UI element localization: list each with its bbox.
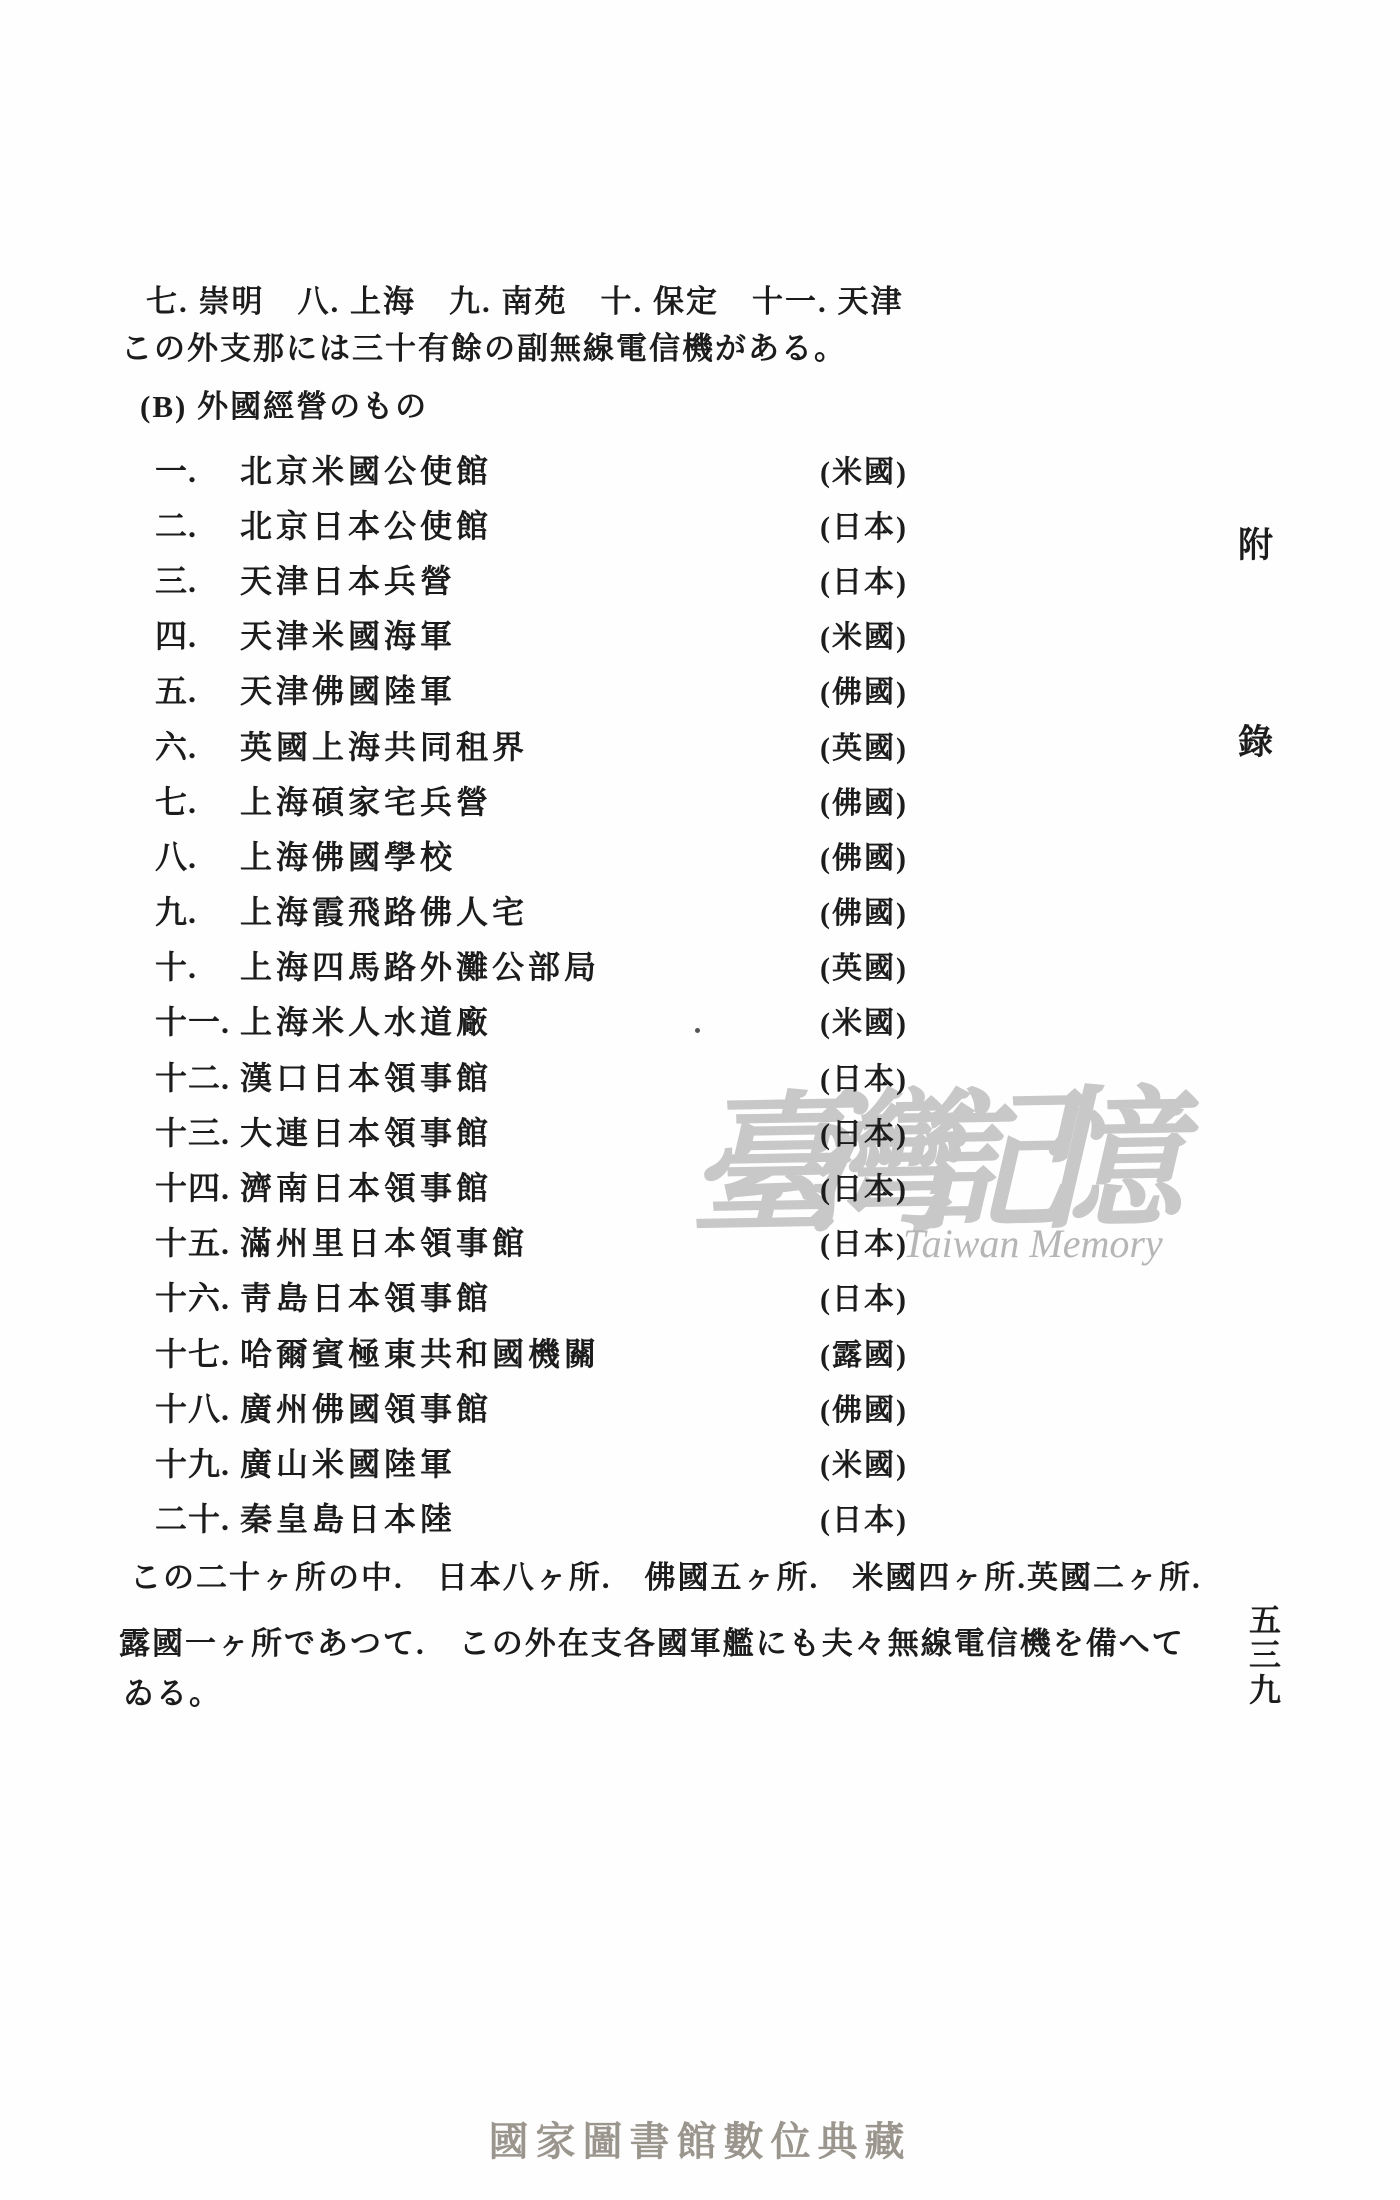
list-item: 十六.靑島日本領事館(日本) [155,1269,1235,1324]
item-number: 十一. [155,997,240,1043]
item-country: (露國) [820,1330,908,1374]
item-number: 二十. [155,1494,240,1540]
item-country: (日本) [820,1219,908,1263]
archive-footer: 國家圖書館數位典藏 [0,2110,1400,2167]
item-name: 廣山米國陸軍 [240,1439,456,1485]
item-number: 一. [155,446,240,492]
list-item: 七.上海碩家宅兵營(佛國) [155,772,1235,827]
item-country: (日本) [820,1109,908,1153]
list-item: 十八.廣州佛國領事館(佛國) [155,1379,1235,1434]
item-name: 廣州佛國領事館 [240,1384,492,1430]
item-number: 十四. [155,1163,240,1209]
ink-speck [695,1028,700,1033]
item-name: 上海佛國學校 [240,832,456,878]
item-country: (米國) [820,1440,908,1484]
item-name: 秦皇島日本陸 [240,1494,456,1540]
item-country: (佛國) [820,833,908,877]
list-item: 十五.滿州里日本領事館(日本) [155,1214,1235,1269]
item-number: 七. [155,777,240,823]
item-number: 十五. [155,1218,240,1264]
item-name: 漢口日本領事館 [240,1053,492,1099]
closing-paragraph-line1: この二十ヶ所の中. 日本八ヶ所. 佛國五ヶ所. 米國四ヶ所.英國二ヶ所. [130,1552,1202,1597]
list-item: 十九.廣山米國陸軍(米國) [155,1434,1235,1489]
list-item: 一.北京米國公使館(米國) [155,441,1235,496]
closing-paragraph-line3: ゐる。 [123,1668,222,1713]
item-country: (佛國) [820,888,908,932]
item-country: (日本) [820,1274,908,1318]
item-number: 五. [155,666,240,712]
page-number-539: 五三九 [1240,1603,1286,1708]
item-number: 十七. [155,1329,240,1375]
item-name: 天津米國海軍 [240,611,456,657]
list-item: 十四.濟南日本領事館(日本) [155,1158,1235,1213]
list-item: 四.天津米國海軍(米國) [155,607,1235,662]
item-number: 二. [155,501,240,547]
list-item: 九.上海霞飛路佛人宅(佛國) [155,883,1235,938]
item-name: 上海霞飛路佛人宅 [240,887,528,933]
item-name: 大連日本領事館 [240,1108,492,1154]
list-item: 六.英國上海共同租界(英國) [155,717,1235,772]
item-name: 哈爾賓極東共和國機關 [240,1329,600,1375]
scanned-book-page: 臺灣記憶 Taiwan Memory 七. 崇明 八. 上海 九. 南苑 十. … [0,0,1400,2200]
intro-line-stations: 七. 崇明 八. 上海 九. 南苑 十. 保定 十一. 天津 [146,276,904,321]
item-number: 八. [155,832,240,878]
item-number: 十三. [155,1108,240,1154]
item-name: 北京米國公使館 [240,446,492,492]
margin-label-roku: 錄 [1238,715,1273,765]
item-name: 上海米人水道廠 [240,997,492,1043]
item-name: 天津日本兵營 [240,556,456,602]
intro-line-note: この外支那には三十有餘の副無線電信機がある。 [121,323,847,368]
list-item: 十.上海四馬路外灘公部局(英國) [155,938,1235,993]
item-name: 上海四馬路外灘公部局 [240,942,600,988]
list-item: 三.天津日本兵營(日本) [155,551,1235,606]
item-number: 四. [155,611,240,657]
item-country: (日本) [820,557,908,601]
item-number: 三. [155,556,240,602]
list-item: 十一.上海米人水道廠(米國) [155,993,1235,1048]
item-number: 九. [155,887,240,933]
item-country: (日本) [820,1054,908,1098]
item-number: 十. [155,942,240,988]
closing-paragraph-line2: 露國一ヶ所であつて. この外在支各國軍艦にも夫々無線電信機を備へて [119,1618,1185,1663]
item-number: 十二. [155,1053,240,1099]
item-number: 六. [155,722,240,768]
margin-label-fu: 附 [1238,518,1273,568]
item-name: 北京日本公使館 [240,501,492,547]
list-item: 二.北京日本公使館(日本) [155,496,1235,551]
list-item: 五.天津佛國陸軍(佛國) [155,662,1235,717]
item-name: 英國上海共同租界 [240,722,528,768]
list-item: 十二.漢口日本領事館(日本) [155,1048,1235,1103]
item-country: (佛國) [820,778,908,822]
list-item: 八.上海佛國學校(佛國) [155,827,1235,882]
item-country: (佛國) [820,1385,908,1429]
item-name: 上海碩家宅兵營 [240,777,492,823]
list-item: 十七.哈爾賓極東共和國機關(露國) [155,1324,1235,1379]
item-name: 滿州里日本領事館 [240,1218,528,1264]
item-country: (佛國) [820,667,908,711]
item-number: 十九. [155,1439,240,1485]
item-country: (米國) [820,998,908,1042]
item-number: 十八. [155,1384,240,1430]
item-name: 濟南日本領事館 [240,1163,492,1209]
item-country: (英國) [820,943,908,987]
item-number: 十六. [155,1273,240,1319]
item-name: 靑島日本領事館 [240,1273,492,1319]
item-country: (米國) [820,612,908,656]
item-country: (英國) [820,723,908,767]
item-name: 天津佛國陸軍 [240,666,456,712]
item-country: (米國) [820,447,908,491]
section-header-foreign-operated: (B) 外國經營のもの [140,381,428,426]
item-country: (日本) [820,1164,908,1208]
list-item: 二十.秦皇島日本陸(日本) [155,1490,1235,1545]
list-item: 十三.大連日本領事館(日本) [155,1103,1235,1158]
item-country: (日本) [820,502,908,546]
item-country: (日本) [820,1495,908,1539]
station-list: 一.北京米國公使館(米國) 二.北京日本公使館(日本) 三.天津日本兵營(日本)… [155,441,1235,1545]
